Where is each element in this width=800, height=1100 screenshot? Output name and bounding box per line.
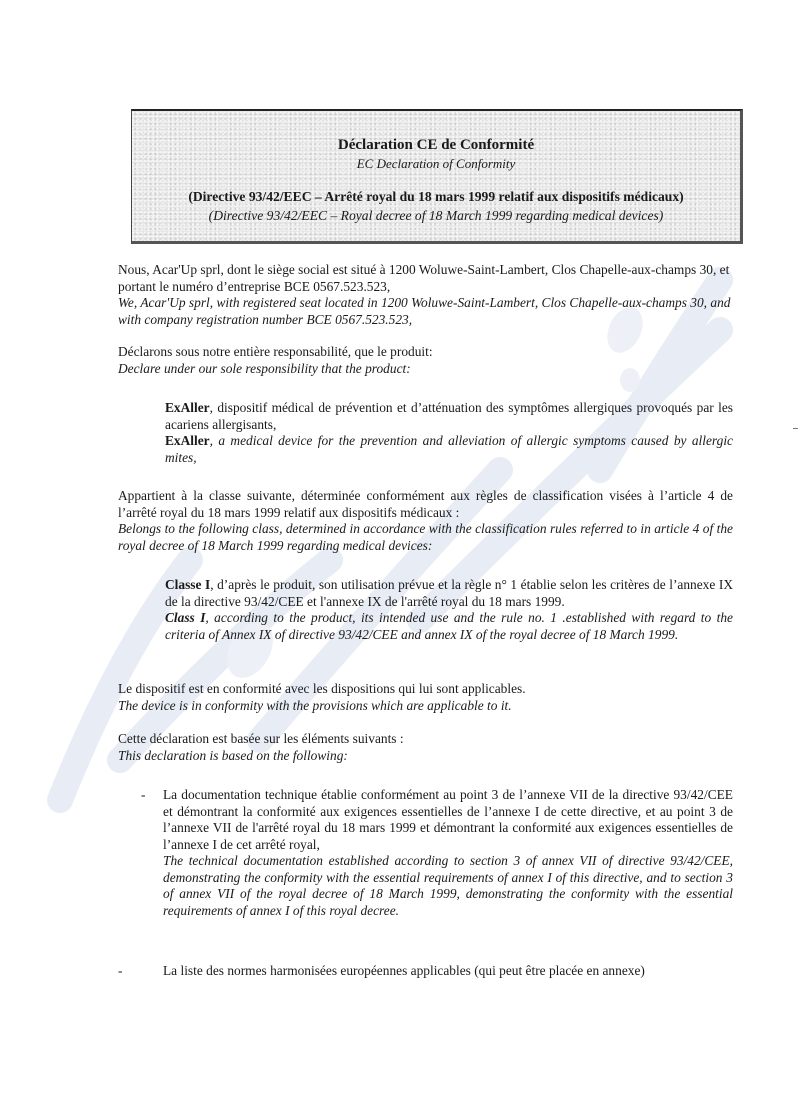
directive-en: (Directive 93/42/EEC – Royal decree of 1… — [132, 208, 740, 224]
classification-en: Belongs to the following class, determin… — [118, 521, 733, 554]
declare-paragraph: Déclarons sous notre entière responsabil… — [118, 344, 733, 377]
conformity-en: The device is in conformity with the pro… — [118, 698, 733, 715]
basis-paragraph: Cette déclaration est basée sur les élém… — [118, 731, 733, 764]
basis-item-fr: La liste des normes harmonisées européen… — [163, 963, 743, 980]
basis-item-en: The technical documentation established … — [163, 853, 733, 919]
class-detail-paragraph: Classe I, d’après le produit, son utilis… — [165, 577, 733, 643]
class-label-fr: Classe I — [165, 577, 210, 592]
class-detail-fr: , d’après le produit, son utilisation pr… — [165, 577, 733, 609]
product-en: , a medical device for the prevention an… — [165, 433, 733, 465]
basis-en: This declaration is based on the followi… — [118, 748, 733, 765]
class-detail-en: , according to the product, its intended… — [165, 610, 733, 642]
intro-en: We, Acar'Up sprl, with registered seat l… — [118, 295, 733, 328]
basis-fr: Cette déclaration est basée sur les élém… — [118, 731, 733, 748]
product-paragraph: ExAller, dispositif médical de préventio… — [165, 400, 733, 466]
product-fr: , dispositif médical de prévention et d’… — [165, 400, 733, 432]
title-fr: Déclaration CE de Conformité — [132, 137, 740, 154]
classification-paragraph: Appartient à la classe suivante, détermi… — [118, 488, 733, 554]
basis-list-item: - La liste des normes harmonisées europé… — [163, 963, 743, 980]
product-name-en: ExAller — [165, 433, 210, 448]
scan-mark — [793, 428, 798, 429]
intro-paragraph: Nous, Acar'Up sprl, dont le siège social… — [118, 262, 733, 328]
list-bullet: - — [118, 963, 122, 980]
product-name: ExAller — [165, 400, 210, 415]
title-en: EC Declaration of Conformity — [132, 156, 740, 172]
intro-fr: Nous, Acar'Up sprl, dont le siège social… — [118, 262, 733, 295]
conformity-fr: Le dispositif est en conformité avec les… — [118, 681, 733, 698]
declare-fr: Déclarons sous notre entière responsabil… — [118, 344, 733, 361]
basis-item-fr: La documentation technique établie confo… — [163, 787, 733, 853]
basis-list-item: - La documentation technique établie con… — [163, 787, 733, 919]
classification-fr: Appartient à la classe suivante, détermi… — [118, 488, 733, 521]
conformity-paragraph: Le dispositif est en conformité avec les… — [118, 681, 733, 714]
declare-en: Declare under our sole responsibility th… — [118, 361, 733, 378]
class-label-en: Class I — [165, 610, 205, 625]
document-page: Déclaration CE de Conformité EC Declarat… — [0, 0, 800, 1100]
declaration-header-box: Déclaration CE de Conformité EC Declarat… — [131, 109, 743, 244]
list-bullet: - — [141, 787, 145, 804]
directive-fr: (Directive 93/42/EEC – Arrêté royal du 1… — [132, 189, 740, 205]
